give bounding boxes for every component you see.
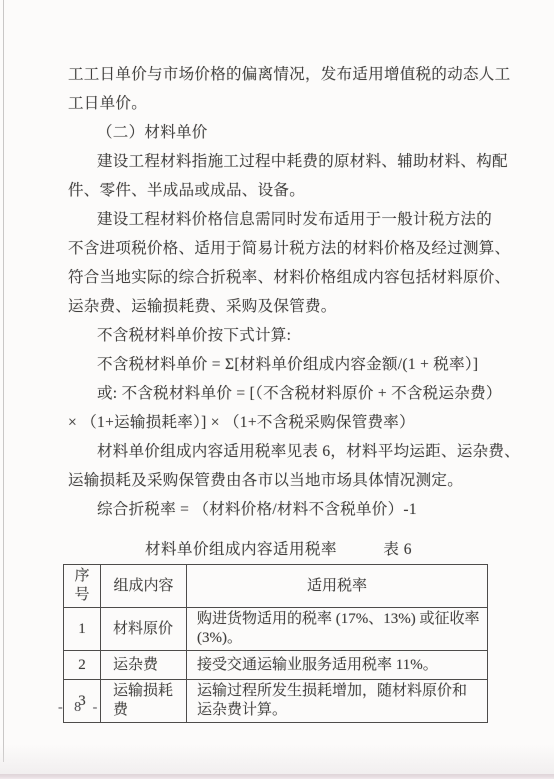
cell-rate: 接受交通运输业服务适用税率 11%。 xyxy=(187,651,488,680)
scan-bottom-shade xyxy=(0,744,554,774)
text-line: 建设工程材料价格信息需同时发布适用于一般计税方法的 xyxy=(68,205,494,234)
text-line: 运杂费、运输损耗费、采购及保管费。 xyxy=(68,292,494,321)
header-cell-rate: 适用税率 xyxy=(187,565,488,608)
material-tax-rate-table: 序号 组成内容 适用税率 1 材料原价 购进货物适用的税率 (17%、13%) … xyxy=(63,564,488,723)
formula-line: 综合折税率 = （材料价格/材料不含税单价）-1 xyxy=(68,495,494,524)
table-number-tag: 表 6 xyxy=(383,537,412,559)
page-number: - 8 - xyxy=(58,700,101,716)
cell-rate: 购进货物适用的税率 (17%、13%) 或征收率 (3%)。 xyxy=(187,608,488,651)
table-title: 材料单价组成内容适用税率 xyxy=(145,537,337,559)
table-row: 2 运杂费 接受交通运输业服务适用税率 11%。 xyxy=(64,651,488,680)
section-heading: （二）材料单价 xyxy=(68,118,494,147)
text-line: 建设工程材料指施工过程中耗费的原材料、辅助材料、构配 xyxy=(68,147,494,176)
body-text: 工工日单价与市场价格的偏离情况，发布适用增值税的动态人工 工日单价。 （二）材料… xyxy=(68,60,494,524)
text-line: 运输损耗及采购保管费由各市以当地市场具体情况测定。 xyxy=(68,466,494,495)
cell-index: 1 xyxy=(64,608,101,651)
formula-line: × （1+运输损耗率）] × （1+不含税采购保管费率） xyxy=(68,408,494,437)
header-cell-index: 序号 xyxy=(64,565,101,608)
scan-left-edge-line xyxy=(3,0,4,762)
text-line: 不含进项税价格、适用于简易计税方法的材料价格及经过测算、 xyxy=(68,234,494,263)
formula-line: 不含税材料单价 = Σ[材料单价组成内容金额/(1 + 税率）] xyxy=(68,350,494,379)
table-row: 3 运输损耗费 运输过程所发生损耗增加，随材料原价和运杂费计算。 xyxy=(64,680,488,723)
text-line: 件、零件、半成品或成品、设备。 xyxy=(68,176,494,205)
cell-component: 运输损耗费 xyxy=(101,680,187,723)
text-line: 符合当地实际的综合折税率、材料价格组成内容包括材料原价、 xyxy=(68,263,494,292)
cell-rate: 运输过程所发生损耗增加，随材料原价和运杂费计算。 xyxy=(187,680,488,723)
text-line: 材料单价组成内容适用税率见表 6，材料平均运距、运杂费、 xyxy=(68,437,494,466)
table-header-row: 序号 组成内容 适用税率 xyxy=(64,565,488,608)
header-cell-component: 组成内容 xyxy=(101,565,187,608)
cell-component: 材料原价 xyxy=(101,608,187,651)
cell-index: 2 xyxy=(64,651,101,680)
text-line: 不含税材料单价按下式计算: xyxy=(68,321,494,350)
cell-component: 运杂费 xyxy=(101,651,187,680)
scan-bottom-edge-strip xyxy=(0,774,554,779)
table-row: 1 材料原价 购进货物适用的税率 (17%、13%) 或征收率 (3%)。 xyxy=(64,608,488,651)
scanned-document-page: 工工日单价与市场价格的偏离情况，发布适用增值税的动态人工 工日单价。 （二）材料… xyxy=(0,0,554,779)
formula-line: 或: 不含税材料单价 = [（不含税材料原价 + 不含税运杂费） xyxy=(68,379,494,408)
text-line: 工工日单价与市场价格的偏离情况，发布适用增值税的动态人工 xyxy=(68,60,494,89)
table-caption: 材料单价组成内容适用税率 表 6 xyxy=(63,536,487,560)
text-line: 工日单价。 xyxy=(68,89,494,118)
